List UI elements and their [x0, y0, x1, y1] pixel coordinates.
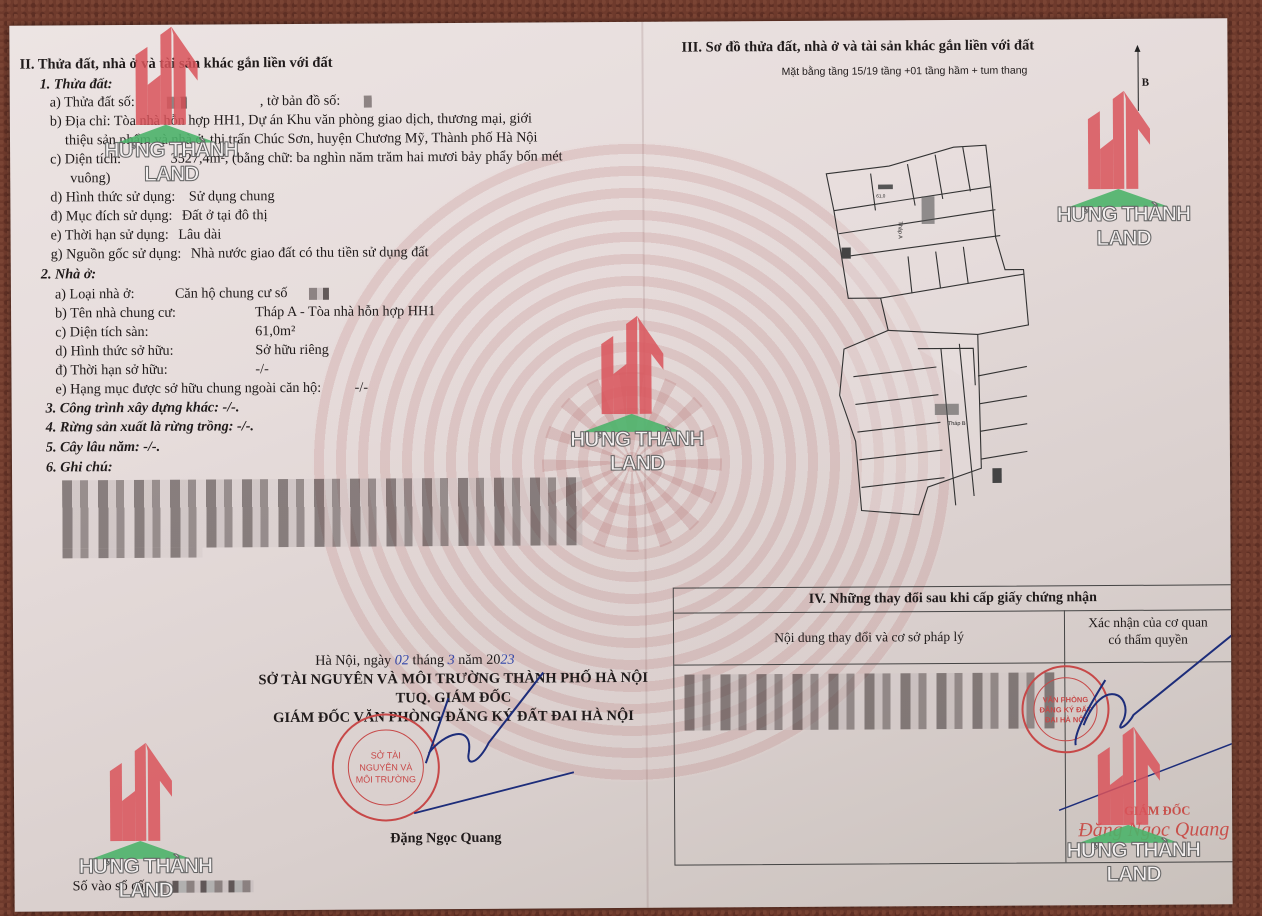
house-heading: 2. Nhà ở: — [41, 265, 96, 284]
north-label: B — [1142, 77, 1149, 89]
house-row-label: a) Loại nhà ở: — [55, 285, 175, 305]
changes-column-header: Nội dung thay đổi và cơ sở pháp lý — [674, 610, 1064, 664]
watermark-bottom-left: HƯNG THÀNH LAND — [80, 741, 201, 892]
svg-text:Tháp A: Tháp A — [897, 221, 903, 239]
house-row: d) Hình thức sở hữu:Sở hữu riêng — [55, 341, 329, 362]
watermark-brand-text: HƯNG THÀNH LAND — [1038, 838, 1228, 887]
signer-name-left: Đặng Ngọc Quang — [390, 829, 501, 849]
common-ownership-value: -/- — [355, 380, 369, 396]
map-sheet-label: , tờ bản đồ số: — [260, 93, 341, 109]
watermark-top-left: HƯNG THÀNH LAND — [105, 24, 226, 175]
house-row-label: b) Tên nhà chung cư: — [55, 303, 255, 323]
house-row: đ) Thời hạn sở hữu:-/- — [55, 360, 269, 380]
house-row-value: Căn hộ chung cư số — [175, 285, 288, 302]
svg-text:61,0: 61,0 — [876, 193, 885, 198]
planted-forest: 4. Rừng sản xuất là rừng trồng: -/-. — [46, 417, 254, 437]
use-form-label: d) Hình thức sử dụng: — [50, 189, 175, 206]
ht-logo-icon — [571, 314, 692, 435]
use-form-value: Sử dụng chung — [189, 188, 275, 205]
redacted-change-content — [684, 672, 1054, 730]
section3-title: III. Sơ đồ thửa đất, nhà ở và tài sản kh… — [681, 37, 1034, 56]
common-ownership-label: e) Hạng mục được sở hữu chung ngoài căn … — [55, 380, 321, 398]
watermark-center: HƯNG THÀNH LAND — [571, 314, 692, 465]
use-origin-value: Nhà nước giao đất có thu tiền sử dụng đấ… — [191, 244, 429, 261]
use-form-row: d) Hình thức sử dụng: Sử dụng chung — [50, 187, 274, 207]
house-row-label: d) Hình thức sở hữu: — [55, 341, 255, 361]
house-row-value: Sở hữu riêng — [255, 342, 329, 358]
house-row-value: Tháp A - Tòa nhà hỗn hợp HH1 — [255, 303, 435, 320]
common-ownership-row: e) Hạng mục được sở hữu chung ngoài căn … — [55, 379, 368, 400]
notes-heading: 6. Ghi chú: — [46, 458, 113, 477]
ht-logo-icon — [1058, 89, 1179, 210]
house-row: c) Diện tích sàn:61,0m² — [55, 322, 295, 342]
use-term-value: Lâu dài — [178, 226, 221, 242]
use-origin-row: g) Nguồn gốc sử dụng: Nhà nước giao đất … — [51, 243, 429, 264]
use-term-row: e) Thời hạn sử dụng: Lâu dài — [51, 225, 222, 245]
redacted-notes — [62, 477, 582, 548]
other-construction: 3. Công trình xây dựng khác: -/-. — [46, 398, 240, 418]
house-row-label: c) Diện tích sàn: — [55, 322, 255, 342]
use-purpose-value: Đất ở tại đô thị — [182, 207, 268, 224]
perennial-trees: 5. Cây lâu năm: -/-. — [46, 438, 160, 458]
watermark-brand-text: HƯNG THÀNH LAND — [50, 854, 240, 903]
redacted-map-sheet — [364, 95, 372, 107]
watermark-bottom-right: HƯNG THÀNH LAND — [1068, 725, 1189, 876]
house-row: a) Loại nhà ở:Căn hộ chung cư số — [55, 284, 288, 304]
use-term-label: e) Thời hạn sử dụng: — [51, 227, 169, 244]
watermark-top-right: HƯNG THÀNH LAND — [1058, 89, 1179, 240]
ht-logo-icon — [1068, 725, 1189, 846]
land-use-certificate: II. Thửa đất, nhà ở và tài sản khác gắn … — [9, 18, 1232, 911]
floor-plan-caption: Mặt bằng tầng 15/19 tầng +01 tầng hầm + … — [782, 65, 1028, 79]
land-heading: 1. Thửa đất: — [40, 75, 113, 94]
redacted-apartment-number — [309, 288, 329, 300]
watermark-brand-text: HƯNG THÀNH LAND — [76, 138, 266, 187]
use-origin-label: g) Nguồn gốc sử dụng: — [51, 246, 182, 263]
ht-logo-icon — [80, 741, 201, 862]
ht-logo-icon — [105, 24, 226, 145]
watermark-brand-text: HƯNG THÀNH LAND — [1028, 202, 1218, 251]
house-row-label: đ) Thời hạn sở hữu: — [55, 360, 255, 380]
house-row: b) Tên nhà chung cư:Tháp A - Tòa nhà hỗn… — [55, 302, 435, 323]
use-purpose-label: đ) Mục đích sử dụng: — [50, 208, 172, 225]
floor-plan-diagram: Tháp A 61,0 Tháp B — [815, 119, 1058, 540]
svg-text:Tháp B: Tháp B — [948, 421, 966, 427]
section4-title: IV. Những thay đổi sau khi cấp giấy chứn… — [674, 585, 1232, 613]
house-row-value: 61,0m² — [255, 323, 295, 339]
house-row-value: -/- — [255, 361, 269, 377]
redacted-notes-end — [62, 548, 202, 559]
watermark-brand-text: HƯNG THÀNH LAND — [542, 427, 732, 476]
use-purpose-row: đ) Mục đích sử dụng: Đất ở tại đô thị — [50, 206, 267, 226]
signature-left — [373, 662, 614, 843]
